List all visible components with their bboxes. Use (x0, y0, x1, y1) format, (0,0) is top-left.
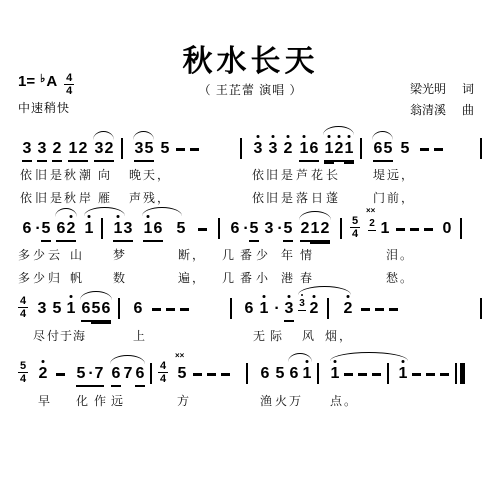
note: 6 (135, 365, 145, 387)
lyric: 番 (240, 269, 254, 286)
note: 0 (442, 220, 452, 238)
note: 2 (334, 140, 344, 162)
lyric: 依 (252, 189, 266, 206)
lyric: 帆 (70, 269, 84, 286)
note: 2 (52, 140, 62, 162)
duration-dash (190, 148, 199, 151)
duration-dash (193, 373, 202, 376)
barline (150, 363, 152, 384)
time-signature: 54 (18, 361, 28, 384)
second-beam-line (324, 162, 334, 164)
note: 6 (309, 140, 319, 162)
duration-dash (372, 373, 381, 376)
time-signature-denominator: 4 (20, 308, 26, 319)
grace-note: 2 (368, 218, 376, 231)
barline (387, 363, 389, 384)
note: 3 (264, 220, 274, 238)
sheet-music-page: 秋水长天 （ 王芷蕾 演唱 ） 1=♭A 4 4 中速稍快 梁光明词 翁清溪曲 … (0, 0, 501, 481)
note: 1 (84, 220, 94, 238)
lyric: 火 (275, 392, 289, 409)
lyric: 断， (178, 246, 206, 263)
duration-dash (375, 308, 384, 311)
lyric: 年 (281, 246, 295, 263)
lyric: 蓬 (326, 189, 340, 206)
duration-dash (221, 373, 230, 376)
final-barline-thick (460, 363, 465, 384)
lyric: 点。 (330, 392, 358, 409)
slur-arc (133, 131, 154, 140)
slur-arc (80, 291, 112, 300)
lyric: 是 (281, 166, 295, 183)
duration-dash (361, 308, 370, 311)
second-beam-line (344, 162, 354, 164)
octave-dot (70, 295, 73, 298)
lyric: 化 (76, 392, 90, 409)
dotted-duration-dot: · (272, 300, 282, 318)
time-signature-denominator: 4 (352, 228, 358, 239)
octave-dot (348, 135, 351, 138)
note: 2 (78, 140, 88, 162)
note: 7 (94, 365, 104, 387)
octave-dot (338, 135, 341, 138)
note: 2 (66, 220, 76, 242)
duration-dash (426, 373, 435, 376)
note: 3 (123, 220, 133, 242)
lyric: 港 (281, 269, 295, 286)
lyric: 少 (33, 246, 47, 263)
note: 3 (134, 140, 144, 162)
octave-dot (328, 135, 331, 138)
duration-dash (176, 148, 185, 151)
duration-dash (344, 373, 353, 376)
note: 1 (324, 140, 334, 162)
lyric: 山 (70, 246, 84, 263)
second-beam-line (310, 242, 320, 244)
slur-arc (372, 131, 393, 140)
duration-dash (440, 373, 449, 376)
note: 5 (144, 140, 154, 162)
note: 5 (176, 220, 186, 238)
lyric: 情 (300, 246, 314, 263)
note: 5 (52, 300, 62, 318)
time-signature-numerator: 5 (18, 361, 28, 373)
lyric: 上 (133, 327, 147, 344)
note: 5 (275, 365, 285, 383)
lyric: 是 (50, 189, 64, 206)
duration-dash (410, 228, 419, 231)
lyric: 多 (18, 246, 32, 263)
lyric: 云 (48, 246, 62, 263)
lyric: 声残， (129, 189, 171, 206)
note: 1 (66, 300, 76, 318)
note: 1 (68, 140, 78, 162)
duration-dash (166, 308, 175, 311)
lyric: 愁。 (386, 269, 414, 286)
slur-arc (299, 211, 331, 220)
note: 3 (253, 140, 263, 158)
lyric: 依 (252, 166, 266, 183)
barline (360, 138, 362, 159)
lyric: 少 (33, 269, 47, 286)
barline (327, 298, 329, 319)
note: 6 (153, 220, 163, 242)
note: 1 (143, 220, 153, 242)
lyric: 海 (73, 327, 87, 344)
lyric: 岸 (79, 189, 93, 206)
score: 332123235533216121655依旧是秋潮向晚天，依旧是芦花长堤远，依… (0, 0, 501, 481)
note: 1 (113, 220, 123, 242)
lyric: 长 (326, 166, 340, 183)
duration-dash (207, 373, 216, 376)
duration-dash (198, 228, 207, 231)
note: 6 (133, 300, 143, 318)
time-signature-numerator: 5 (350, 216, 360, 228)
note: 6 (230, 220, 240, 238)
second-beam-line (101, 322, 111, 324)
note: 3 (37, 300, 47, 318)
lyric: 雁 (98, 189, 112, 206)
lyric: 万 (289, 392, 303, 409)
barline (460, 218, 462, 239)
slur-arc (323, 126, 354, 135)
lyric: 于 (60, 327, 74, 344)
lyric: 渔 (260, 392, 274, 409)
slur-arc (110, 355, 145, 364)
lyric: 小 (256, 269, 270, 286)
note: 2 (320, 220, 330, 242)
lyric: 番 (240, 246, 254, 263)
note: 2 (38, 365, 48, 383)
note: 1 (259, 300, 269, 318)
lyric: 泪。 (386, 246, 414, 263)
note: 5 (76, 365, 86, 387)
slur-arc (55, 208, 77, 217)
note: 1 (299, 140, 309, 162)
barline (118, 298, 120, 319)
lyric: 遍， (178, 269, 206, 286)
slur-arc (93, 131, 114, 140)
duration-dash (424, 228, 433, 231)
lyric: 是 (281, 189, 295, 206)
duration-dash (420, 148, 429, 151)
note: 2 (343, 300, 353, 318)
note: 3 (37, 140, 47, 162)
note: 6 (111, 365, 121, 387)
lyric: 潮 (79, 166, 93, 183)
lyric: 旧 (266, 189, 280, 206)
lyric: 秋 (64, 189, 78, 206)
note: 6 (373, 140, 383, 162)
duration-dash (434, 148, 443, 151)
duration-dash (389, 308, 398, 311)
octave-dot (288, 295, 291, 298)
lyric: 多 (18, 269, 32, 286)
octave-dot (313, 295, 316, 298)
note: 3 (268, 140, 278, 158)
note: 5 (400, 140, 410, 158)
note: 5 (91, 300, 101, 322)
octave-dot (272, 135, 275, 138)
second-beam-line (91, 322, 101, 324)
duration-dash (152, 308, 161, 311)
lyric: 归 (48, 269, 62, 286)
note: 7 (123, 365, 133, 383)
lyric: 早 (38, 392, 52, 409)
lyric: 数 (113, 269, 127, 286)
note: 6 (289, 365, 299, 383)
lyric: 作 (94, 392, 108, 409)
octave-dot (303, 135, 306, 138)
note: 3 (284, 300, 294, 322)
barline (240, 138, 242, 159)
grace-note: 3 (298, 298, 306, 311)
barline (230, 298, 232, 319)
duration-dash (180, 308, 189, 311)
note: 3 (94, 140, 104, 162)
octave-dot (347, 295, 350, 298)
lyric: 尽 (33, 327, 47, 344)
lyric: 几 (222, 269, 236, 286)
second-beam-line (320, 242, 330, 244)
lyric: 落 (296, 189, 310, 206)
octave-dot (42, 360, 45, 363)
lyric: 旧 (35, 189, 49, 206)
note: 5 (383, 140, 393, 162)
lyric: 旧 (266, 166, 280, 183)
lyric: 日 (311, 189, 325, 206)
lyric: 付 (47, 327, 61, 344)
time-signature-denominator: 4 (20, 373, 26, 384)
barline (480, 298, 482, 319)
note: 6 (260, 365, 270, 383)
time-signature-denominator: 4 (160, 373, 166, 384)
octave-dot (287, 135, 290, 138)
lyric: 少 (256, 246, 270, 263)
lyric: 依 (20, 166, 34, 183)
octave-dot (257, 135, 260, 138)
note: 1 (344, 140, 354, 162)
barline (218, 218, 220, 239)
trill-ornament-icon: ×× (175, 352, 184, 360)
duration-dash (358, 373, 367, 376)
note: 1 (310, 220, 320, 242)
time-signature: 44 (18, 296, 28, 319)
lyric: 晚天， (129, 166, 171, 183)
note: 5 (41, 220, 51, 242)
note: 5 (177, 365, 187, 383)
note: 6 (56, 220, 66, 242)
final-barline-thin (455, 363, 457, 384)
trill-ornament-icon: ×× (366, 207, 375, 215)
lyric: 秋 (64, 166, 78, 183)
barline (246, 363, 248, 384)
lyric: 春 (300, 269, 314, 286)
barline (340, 218, 342, 239)
duration-dash (56, 373, 65, 376)
lyric: 旧 (35, 166, 49, 183)
note: 1 (302, 365, 312, 383)
time-signature: 54 (350, 216, 360, 239)
note: 2 (309, 300, 319, 318)
note: 6 (244, 300, 254, 318)
duration-dash (412, 373, 421, 376)
lyric: 几 (222, 246, 236, 263)
lyric: 无 (253, 327, 267, 344)
note: 2 (300, 220, 310, 242)
note: 3 (22, 140, 32, 162)
lyric: 是 (50, 166, 64, 183)
lyric: 向 (98, 166, 112, 183)
note: 2 (283, 140, 293, 158)
lyric: 远 (111, 392, 125, 409)
note: 1 (330, 365, 340, 383)
barline (121, 138, 123, 159)
lyric: 际 (270, 327, 284, 344)
lyric: 依 (20, 189, 34, 206)
lyric: 风 (302, 327, 316, 344)
lyric: 花 (311, 166, 325, 183)
note: 6 (101, 300, 111, 322)
lyric: 烟， (325, 327, 353, 344)
note: 5 (283, 220, 293, 242)
slur-arc (142, 207, 182, 216)
barline (480, 138, 482, 159)
octave-dot (263, 295, 266, 298)
note: 6 (81, 300, 91, 322)
note: 5 (160, 140, 170, 158)
time-signature: 44 (158, 361, 168, 384)
note: 1 (398, 365, 408, 383)
time-signature-numerator: 4 (18, 296, 28, 308)
lyric: 堤远， (373, 166, 415, 183)
slur-arc (298, 286, 351, 295)
lyric: 门前， (373, 189, 415, 206)
note: 1 (380, 220, 390, 238)
slur-arc (288, 353, 312, 362)
barline (101, 218, 103, 239)
slur-arc (84, 207, 125, 216)
duration-dash (396, 228, 405, 231)
barline (317, 363, 319, 384)
time-signature-numerator: 4 (158, 361, 168, 373)
slur-arc (330, 352, 408, 361)
note: 5 (249, 220, 259, 242)
note: 6 (22, 220, 32, 238)
lyric: 方 (177, 392, 191, 409)
note: 2 (104, 140, 114, 162)
lyric: 梦 (113, 246, 127, 263)
lyric: 芦 (296, 166, 310, 183)
